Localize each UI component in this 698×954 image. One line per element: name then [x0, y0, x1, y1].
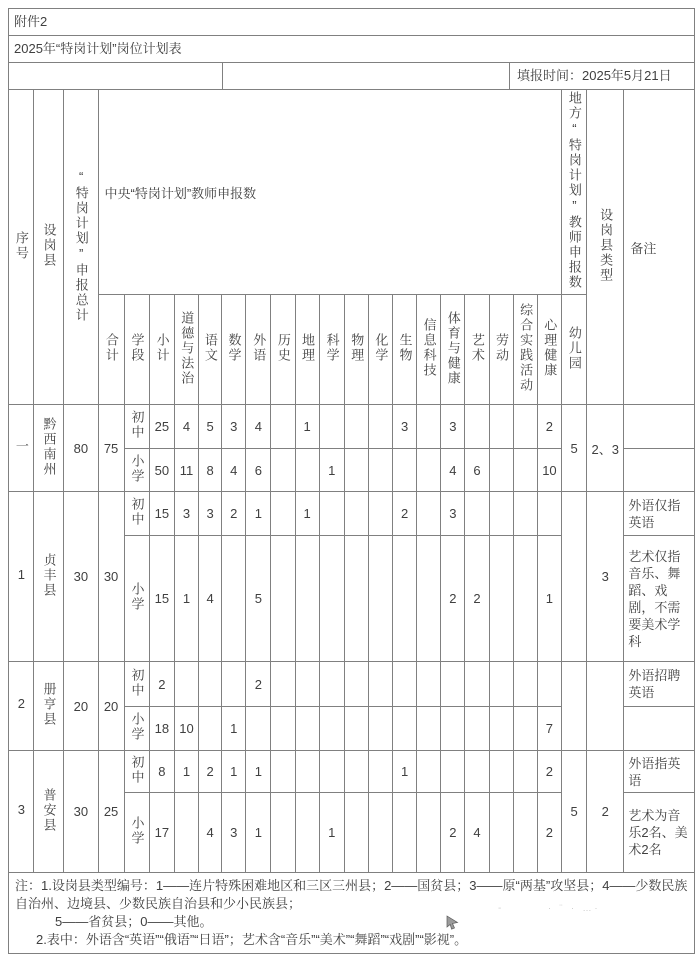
- value-cell: [295, 793, 319, 873]
- heji-cell: 20: [98, 662, 124, 751]
- value-cell: [489, 405, 513, 449]
- value-cell: 1: [222, 751, 246, 793]
- value-cell: 1: [295, 492, 319, 536]
- value-cell: 18: [149, 707, 174, 751]
- col-header-history: 历史: [271, 295, 295, 405]
- col-header-county: 设岗县: [34, 90, 64, 405]
- value-cell: [368, 449, 392, 492]
- value-cell: [295, 536, 319, 662]
- value-cell: 2: [537, 793, 561, 873]
- remark-cell: [624, 449, 695, 492]
- value-cell: 17: [149, 793, 174, 873]
- value-cell: 2: [537, 751, 561, 793]
- value-cell: 2: [246, 662, 271, 707]
- subcol-label: 心理健康: [543, 318, 557, 378]
- col-header-county-type-label: 设岗县类型: [598, 208, 612, 283]
- kindergarten-cell: [562, 492, 587, 662]
- value-cell: [344, 492, 368, 536]
- value-cell: 1: [174, 536, 198, 662]
- faint-artifact: ‑: [498, 903, 501, 914]
- subcol-label: 学段: [130, 333, 144, 363]
- stage-label: 小学: [130, 712, 144, 742]
- value-cell: [319, 751, 344, 793]
- value-cell: [489, 536, 513, 662]
- value-cell: 1: [246, 492, 271, 536]
- heji-cell: 75: [98, 405, 124, 492]
- subcol-label: 历史: [276, 333, 290, 363]
- value-cell: 3: [441, 492, 465, 536]
- value-cell: [393, 707, 417, 751]
- value-cell: [271, 405, 295, 449]
- county-cell: 普安县: [34, 751, 64, 873]
- heji-cell: 30: [98, 492, 124, 662]
- value-cell: [344, 751, 368, 793]
- value-cell: [271, 492, 295, 536]
- remark-cell: 外语指英语: [624, 751, 695, 793]
- county-cell: 黔西南州: [34, 405, 64, 492]
- total-cell: 30: [64, 751, 98, 873]
- value-cell: 5: [199, 405, 222, 449]
- county-label: 普安县: [42, 788, 56, 833]
- value-cell: [441, 707, 465, 751]
- remark-cell: 艺术仅指音乐、舞蹈、戏剧，不需要美术学科: [624, 536, 695, 662]
- value-cell: 1: [222, 707, 246, 751]
- seq-label: 1: [14, 567, 28, 584]
- value-cell: [368, 751, 392, 793]
- value-cell: 5: [246, 536, 271, 662]
- value-cell: [319, 405, 344, 449]
- col-header-remark: 备注: [624, 90, 695, 405]
- subcol-label: 语文: [203, 333, 217, 363]
- table-row: 2 册亨县 20 20 初中 2 2 外语招聘英语: [9, 662, 695, 707]
- value-cell: [465, 707, 489, 751]
- stage-label: 小学: [130, 454, 144, 484]
- value-cell: [368, 662, 392, 707]
- value-cell: 3: [199, 492, 222, 536]
- value-cell: 4: [199, 536, 222, 662]
- seq-cell: 一: [9, 405, 34, 492]
- value-cell: [295, 751, 319, 793]
- value-cell: [513, 662, 537, 707]
- col-header-morality: 道德与法治: [174, 295, 198, 405]
- col-header-seq-label: 序号: [14, 231, 28, 261]
- stage-cell: 初中: [124, 751, 149, 793]
- table-row: 一 黔西南州 80 75 初中 25 4 5 3 4 1 3 3 2 5 2、3: [9, 405, 695, 449]
- value-cell: 11: [174, 449, 198, 492]
- stage-cell: 小学: [124, 449, 149, 492]
- value-cell: [513, 449, 537, 492]
- value-cell: 2: [441, 536, 465, 662]
- seq-cell: 2: [9, 662, 34, 751]
- value-cell: [465, 492, 489, 536]
- subcol-label: 综合实践活动: [518, 303, 532, 393]
- col-header-mental-health: 心理健康: [537, 295, 561, 405]
- value-cell: [319, 492, 344, 536]
- total-cell: 20: [64, 662, 98, 751]
- value-cell: [441, 662, 465, 707]
- value-cell: 7: [537, 707, 561, 751]
- col-header-chemistry: 化学: [368, 295, 392, 405]
- seq-cell: 3: [9, 751, 34, 873]
- value-cell: [393, 536, 417, 662]
- value-cell: 1: [246, 751, 271, 793]
- value-cell: [174, 662, 198, 707]
- value-cell: [513, 536, 537, 662]
- value-cell: 1: [393, 751, 417, 793]
- stage-cell: 小学: [124, 707, 149, 751]
- value-cell: 4: [174, 405, 198, 449]
- faint-artifact: · ¨ · …·: [548, 903, 601, 913]
- kindergarten-cell: 5: [562, 405, 587, 492]
- col-header-math: 数学: [222, 295, 246, 405]
- stage-cell: 初中: [124, 405, 149, 449]
- seq-cell: 1: [9, 492, 34, 662]
- total-cell: 80: [64, 405, 98, 492]
- col-header-stage: 学段: [124, 295, 149, 405]
- stage-cell: 小学: [124, 793, 149, 873]
- value-cell: [513, 405, 537, 449]
- value-cell: [271, 707, 295, 751]
- value-cell: 1: [537, 536, 561, 662]
- stage-cell: 初中: [124, 662, 149, 707]
- col-header-local-group-label: 地方“特岗计划”教师申报数: [567, 91, 581, 290]
- subcol-label: 劳动: [494, 333, 508, 363]
- stage-label: 小学: [130, 816, 144, 846]
- report-date-row: 填报时间：2025年5月21日: [8, 62, 695, 90]
- date-row-empty-cell-1: [9, 63, 223, 89]
- stage-cell: 初中: [124, 492, 149, 536]
- subcol-label: 幼儿园: [567, 326, 581, 371]
- value-cell: [295, 707, 319, 751]
- value-cell: 10: [537, 449, 561, 492]
- col-header-county-type: 设岗县类型: [587, 90, 624, 405]
- remark-cell: 外语仅指英语: [624, 492, 695, 536]
- value-cell: [513, 707, 537, 751]
- value-cell: 3: [222, 793, 246, 873]
- subcol-label: 道德与法治: [180, 311, 194, 386]
- subcol-label: 物理: [350, 333, 364, 363]
- county-cell: 册亨县: [34, 662, 64, 751]
- value-cell: [271, 751, 295, 793]
- col-header-local-group: 地方“特岗计划”教师申报数: [562, 90, 587, 295]
- county-label: 黔西南州: [42, 417, 56, 477]
- value-cell: [368, 492, 392, 536]
- value-cell: [417, 449, 441, 492]
- value-cell: [295, 662, 319, 707]
- stage-cell: 小学: [124, 536, 149, 662]
- stage-label: 初中: [130, 755, 144, 785]
- col-header-total-label: “特岗计划”申报总计: [74, 169, 88, 323]
- value-cell: 3: [222, 405, 246, 449]
- county-label: 册亨县: [42, 682, 56, 727]
- report-date: 填报时间：2025年5月21日: [510, 63, 694, 89]
- value-cell: [417, 662, 441, 707]
- value-cell: 3: [393, 405, 417, 449]
- value-cell: 2: [199, 751, 222, 793]
- value-cell: [199, 707, 222, 751]
- remark-cell: 艺术为音乐2名、美术2名: [624, 793, 695, 873]
- value-cell: [489, 707, 513, 751]
- stage-label: 初中: [130, 668, 144, 698]
- stage-label: 小学: [130, 582, 144, 612]
- subcol-label: 数学: [227, 333, 241, 363]
- value-cell: 50: [149, 449, 174, 492]
- value-cell: 1: [319, 793, 344, 873]
- subcol-label: 艺术: [470, 333, 484, 363]
- col-header-foreign-lang: 外语: [246, 295, 271, 405]
- col-header-science: 科学: [319, 295, 344, 405]
- stage-label: 初中: [130, 410, 144, 440]
- value-cell: [246, 707, 271, 751]
- value-cell: [368, 793, 392, 873]
- value-cell: 15: [149, 492, 174, 536]
- seq-label: 一: [14, 439, 28, 454]
- value-cell: [489, 492, 513, 536]
- value-cell: 10: [174, 707, 198, 751]
- value-cell: 2: [537, 405, 561, 449]
- value-cell: [295, 449, 319, 492]
- value-cell: [319, 707, 344, 751]
- value-cell: [417, 492, 441, 536]
- value-cell: 4: [465, 793, 489, 873]
- value-cell: 1: [319, 449, 344, 492]
- value-cell: 3: [174, 492, 198, 536]
- col-header-xiaoji: 小计: [149, 295, 174, 405]
- value-cell: [465, 751, 489, 793]
- plan-table: 序号 设岗县 “特岗计划”申报总计 中央“特岗计划”教师申报数 地方“特岗计划”…: [8, 89, 695, 873]
- value-cell: [271, 536, 295, 662]
- stage-label: 初中: [130, 497, 144, 527]
- value-cell: 6: [246, 449, 271, 492]
- county-type-cell: [587, 662, 624, 751]
- county-type-cell: 2、3: [587, 405, 624, 492]
- table-title: 2025年“特岗计划”岗位计划表: [8, 35, 695, 63]
- value-cell: 1: [174, 751, 198, 793]
- value-cell: [441, 751, 465, 793]
- col-header-seq: 序号: [9, 90, 34, 405]
- value-cell: [344, 707, 368, 751]
- value-cell: [344, 449, 368, 492]
- value-cell: [513, 793, 537, 873]
- value-cell: 2: [222, 492, 246, 536]
- value-cell: [489, 662, 513, 707]
- value-cell: 8: [149, 751, 174, 793]
- value-cell: 2: [465, 536, 489, 662]
- subcol-label: 外语: [252, 333, 266, 363]
- value-cell: [393, 449, 417, 492]
- value-cell: [417, 707, 441, 751]
- value-cell: [465, 405, 489, 449]
- value-cell: 2: [149, 662, 174, 707]
- value-cell: [222, 536, 246, 662]
- kindergarten-cell: 5: [562, 751, 587, 873]
- value-cell: 4: [246, 405, 271, 449]
- value-cell: [417, 793, 441, 873]
- remark-cell: [624, 405, 695, 449]
- footnotes: 注：1.设岗县类型编号：1——连片特殊困难地区和三区三州县；2——国贫县；3——…: [8, 872, 695, 954]
- value-cell: [417, 536, 441, 662]
- remark-cell: [624, 707, 695, 751]
- value-cell: 4: [199, 793, 222, 873]
- remark-cell: 外语招聘英语: [624, 662, 695, 707]
- subcol-label: 信息科技: [422, 318, 436, 378]
- value-cell: [344, 536, 368, 662]
- subcol-label: 合计: [104, 333, 118, 363]
- value-cell: 4: [441, 449, 465, 492]
- col-header-info-tech: 信息科技: [417, 295, 441, 405]
- value-cell: [368, 707, 392, 751]
- total-cell: 30: [64, 492, 98, 662]
- kindergarten-cell: [562, 662, 587, 751]
- value-cell: [344, 405, 368, 449]
- date-row-empty-cell-2: [223, 63, 510, 89]
- value-cell: [489, 449, 513, 492]
- col-header-practice: 综合实践活动: [513, 295, 537, 405]
- value-cell: [489, 793, 513, 873]
- value-cell: [271, 662, 295, 707]
- value-cell: [368, 405, 392, 449]
- col-header-physics: 物理: [344, 295, 368, 405]
- value-cell: [344, 793, 368, 873]
- attachment-label: 附件2: [8, 8, 695, 36]
- subcol-label: 科学: [325, 333, 339, 363]
- county-type-cell: 3: [587, 492, 624, 662]
- value-cell: [465, 662, 489, 707]
- subcol-label: 生物: [398, 333, 412, 363]
- value-cell: 3: [441, 405, 465, 449]
- value-cell: [368, 536, 392, 662]
- subcol-label: 化学: [374, 333, 388, 363]
- col-header-total: “特岗计划”申报总计: [64, 90, 98, 405]
- value-cell: 4: [222, 449, 246, 492]
- seq-label: 3: [14, 802, 28, 819]
- value-cell: 2: [393, 492, 417, 536]
- value-cell: [537, 662, 561, 707]
- mouse-cursor-icon: [446, 915, 459, 935]
- subcol-label: 地理: [300, 333, 314, 363]
- col-header-biology: 生物: [393, 295, 417, 405]
- plan-sheet: 附件2 2025年“特岗计划”岗位计划表 填报时间：2025年5月21日 序号 …: [8, 8, 695, 954]
- value-cell: [513, 751, 537, 793]
- value-cell: [319, 536, 344, 662]
- value-cell: [271, 449, 295, 492]
- table-row: 3 普安县 30 25 初中 8 1 2 1 1 1 2 5 2 外语指英语: [9, 751, 695, 793]
- value-cell: 2: [441, 793, 465, 873]
- seq-label: 2: [14, 696, 28, 713]
- value-cell: 6: [465, 449, 489, 492]
- value-cell: 1: [295, 405, 319, 449]
- value-cell: 25: [149, 405, 174, 449]
- county-type-cell: 2: [587, 751, 624, 873]
- value-cell: [417, 405, 441, 449]
- col-header-art: 艺术: [465, 295, 489, 405]
- col-header-heji: 合计: [98, 295, 124, 405]
- value-cell: [513, 492, 537, 536]
- value-cell: [174, 793, 198, 873]
- subcol-label: 小计: [155, 333, 169, 363]
- county-cell: 贞丰县: [34, 492, 64, 662]
- value-cell: 8: [199, 449, 222, 492]
- value-cell: [271, 793, 295, 873]
- value-cell: [344, 662, 368, 707]
- footnote-line-3: 2.表中：外语含“英语”“俄语”“日语”；艺术含“音乐”“美术”“舞蹈”“戏剧”…: [15, 931, 688, 949]
- footnote-line-2: 5——省贫县；0——其他。: [15, 913, 688, 931]
- value-cell: [393, 793, 417, 873]
- value-cell: [199, 662, 222, 707]
- value-cell: [393, 662, 417, 707]
- subcol-label: 体育与健康: [446, 311, 460, 386]
- col-header-chinese: 语文: [199, 295, 222, 405]
- value-cell: [417, 751, 441, 793]
- col-header-central-group: 中央“特岗计划”教师申报数: [98, 90, 562, 295]
- value-cell: [319, 662, 344, 707]
- col-header-labor: 劳动: [489, 295, 513, 405]
- col-header-county-label: 设岗县: [42, 223, 56, 268]
- value-cell: [222, 662, 246, 707]
- value-cell: 1: [246, 793, 271, 873]
- col-header-geography: 地理: [295, 295, 319, 405]
- col-header-kindergarten: 幼儿园: [562, 295, 587, 405]
- value-cell: [489, 751, 513, 793]
- value-cell: 15: [149, 536, 174, 662]
- value-cell: [537, 492, 561, 536]
- heji-cell: 25: [98, 751, 124, 873]
- county-label: 贞丰县: [42, 553, 56, 598]
- table-row: 1 贞丰县 30 30 初中 15 3 3 2 1 1 2 3 3 外语仅指英语: [9, 492, 695, 536]
- col-header-pe-health: 体育与健康: [441, 295, 465, 405]
